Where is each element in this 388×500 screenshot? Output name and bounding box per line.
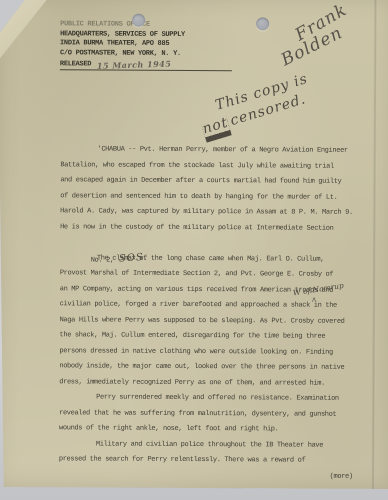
released-label: RELEASED: [60, 60, 91, 70]
paper-crease: [372, 0, 378, 489]
punch-hole-icon: [132, 14, 145, 27]
insertion-caret-mark: ^: [312, 297, 317, 308]
body-line: persons dressed in native clothing who w…: [59, 344, 359, 361]
body-line: of desertion and sentenced him to death …: [60, 189, 360, 206]
body-line: Perry surrendered meekly and offered no …: [59, 390, 359, 407]
body-line: He is now in the custody of the military…: [60, 220, 360, 237]
body-line: wounds of the right ankle, nose, left fo…: [59, 421, 359, 438]
scanned-press-release: PUBLIC RELATIONS OFFICE HEADQUARTERS, SE…: [0, 0, 388, 500]
body-line: The climax of the long chase came when M…: [60, 251, 360, 268]
body-line: Battalion, who escaped from the stockade…: [60, 158, 360, 175]
body-line: the shack, Maj. Cullum entered, disregar…: [59, 328, 359, 345]
body-text: 'CHABUA -- Pvt. Herman Perry, member of …: [59, 142, 361, 485]
letterhead: PUBLIC RELATIONS OFFICE HEADQUARTERS, SE…: [60, 20, 232, 71]
press-release-page: PUBLIC RELATIONS OFFICE HEADQUARTERS, SE…: [0, 0, 388, 489]
released-date-handwriting: 15 March 1945: [97, 59, 172, 71]
letterhead-line: INDIA BURMA THEATER, APO 885: [60, 39, 232, 49]
body-line: and escaped again in December after a co…: [60, 173, 360, 190]
body-line: Harold A. Cady, was captured by military…: [60, 204, 360, 221]
body-line: dress, immediately recognized Perry as o…: [59, 375, 359, 392]
more-indicator: (more): [59, 468, 359, 485]
body-line: revealed that he was suffering from maln…: [59, 406, 359, 423]
body-line: No. 2,SOS.: [60, 235, 360, 252]
handwriting-sos: SOS.: [118, 249, 148, 266]
body-line: Naga Hills where Perry was supposed to b…: [60, 313, 360, 330]
letterhead-line: C/O POSTMASTER, NEW YORK, N. Y.: [60, 49, 232, 59]
handwriting-not-underlined: not: [201, 115, 231, 138]
worn-corner: [0, 0, 50, 61]
letterhead-line: PUBLIC RELATIONS OFFICE: [60, 20, 232, 30]
released-row: RELEASED 15 March 1945: [60, 59, 232, 72]
body-line: pressed the search for Perry relentlessl…: [59, 452, 359, 469]
body-line: Military and civilian police throughout …: [59, 437, 359, 454]
body-line: nobody inside, the major came out, looke…: [59, 359, 359, 376]
body-line: 'CHABUA -- Pvt. Herman Perry, member of …: [60, 142, 360, 159]
punch-hole-icon: [256, 17, 269, 30]
body-line: Provost Marshal of Intermediate Section …: [60, 266, 360, 283]
